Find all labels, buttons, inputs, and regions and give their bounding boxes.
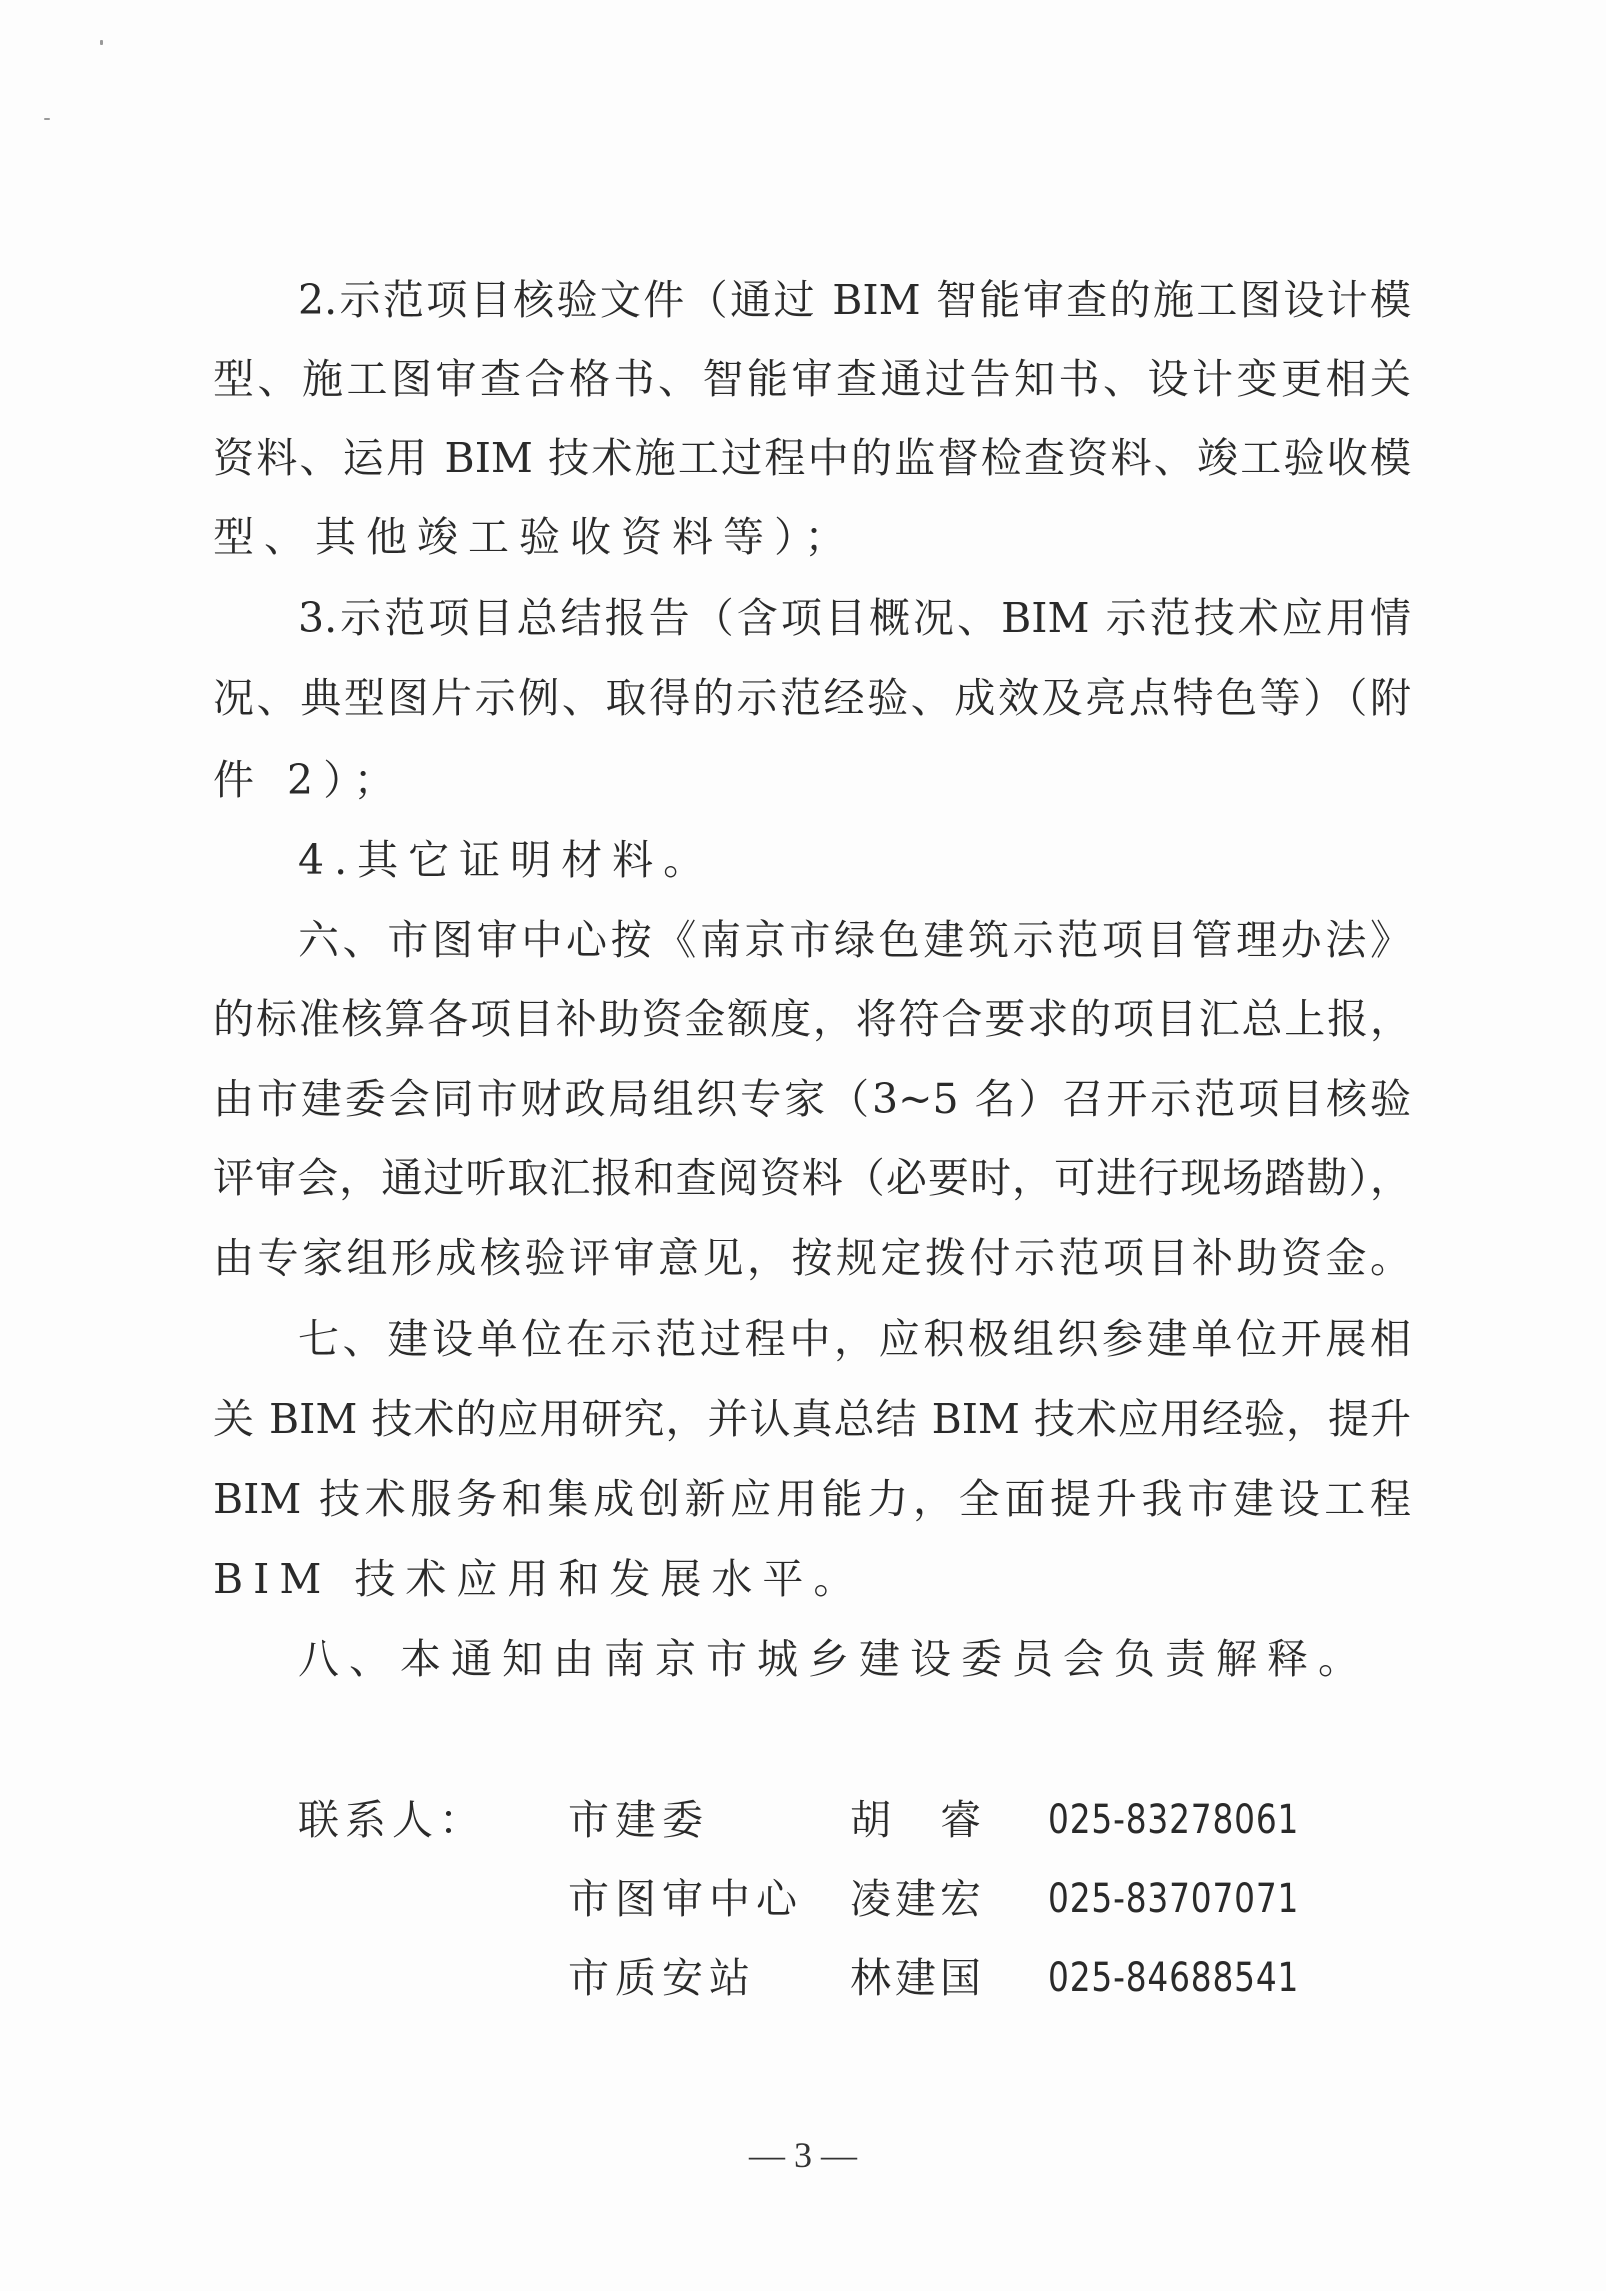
text-line: 关 BIM 技术的应用研究，并认真总结 BIM 技术应用经验，提升 — [213, 1389, 1411, 1449]
text-line: BIM 技术应用和发展水平。 — [213, 1549, 1411, 1609]
text-line: BIM 技术服务和集成创新应用能力，全面提升我市建设工程 — [213, 1469, 1411, 1529]
text-line: 2.示范项目核验文件（通过 BIM 智能审查的施工图设计模 — [298, 270, 1411, 330]
text-line: 由市建委会同市财政局组织专家（3~5 名）召开示范项目核验 — [213, 1069, 1411, 1129]
text-line: 4.其它证明材料。 — [298, 830, 1411, 890]
text-line: 资料、运用 BIM 技术施工过程中的监督检查资料、竣工验收模 — [213, 428, 1411, 488]
contact-name: 林建国 — [850, 1948, 985, 2008]
text-line: 的标准核算各项目补助资金额度，将符合要求的项目汇总上报， — [213, 989, 1411, 1049]
contact-row: 市质安站 林建国 025-84688541 — [0, 1948, 1606, 2008]
contact-phone: 025-83278061 — [1048, 1790, 1299, 1850]
scan-speck — [44, 118, 50, 120]
text-line: 评审会，通过听取汇报和查阅资料（必要时，可进行现场踏勘）， — [213, 1148, 1411, 1208]
text-line: 由专家组形成核验评审意见，按规定拨付示范项目补助资金。 — [213, 1228, 1411, 1288]
text-line: 七、建设单位在示范过程中，应积极组织参建单位开展相 — [298, 1309, 1411, 1369]
contact-name: 凌建宏 — [850, 1869, 985, 1929]
contacts-label: 联系人： — [298, 1790, 486, 1850]
text-line: 型、其他竣工验收资料等）； — [213, 507, 1411, 567]
contact-phone: 025-83707071 — [1048, 1869, 1299, 1929]
contact-row: 联系人： 市建委 胡 睿 025-83278061 — [0, 1790, 1606, 1850]
text-line: 型、施工图审查合格书、智能审查通过告知书、设计变更相关 — [213, 349, 1411, 409]
contact-org: 市质安站 — [568, 1948, 756, 2008]
text-line: 件 2）； — [213, 750, 1411, 810]
text-line: 况、典型图片示例、取得的示范经验、成效及亮点特色等）（附 — [213, 668, 1411, 728]
contact-org: 市图审中心 — [568, 1869, 803, 1929]
contact-name: 胡 睿 — [850, 1790, 985, 1850]
contact-row: 市图审中心 凌建宏 025-83707071 — [0, 1869, 1606, 1929]
text-line: 六、市图审中心按《南京市绿色建筑示范项目管理办法》 — [298, 910, 1411, 970]
contact-phone: 025-84688541 — [1048, 1948, 1299, 2008]
scan-speck — [100, 40, 103, 45]
text-line: 八、本通知由南京市城乡建设委员会负责解释。 — [298, 1629, 1411, 1689]
contact-org: 市建委 — [568, 1790, 709, 1850]
document-page: 2.示范项目核验文件（通过 BIM 智能审查的施工图设计模 型、施工图审查合格书… — [0, 0, 1606, 2291]
text-line: 3.示范项目总结报告（含项目概况、BIM 示范技术应用情 — [298, 588, 1411, 648]
page-number: — 3 — — [0, 2130, 1606, 2180]
